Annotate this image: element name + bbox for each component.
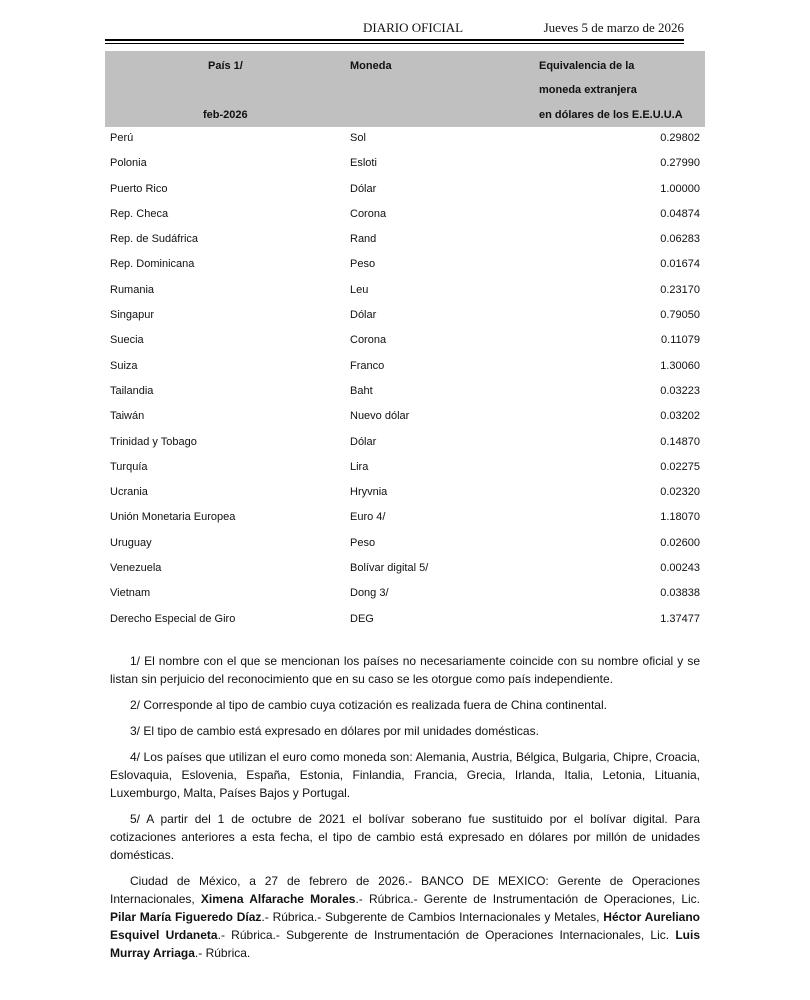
country-cell: Tailandia bbox=[110, 385, 153, 397]
header-rule-thick bbox=[105, 39, 684, 41]
country-cell: Turquía bbox=[110, 461, 148, 473]
table-row: UruguayPeso0.02600 bbox=[105, 532, 700, 557]
header-country: País 1/ bbox=[208, 60, 243, 72]
publication-date: Jueves 5 de marzo de 2026 bbox=[544, 20, 684, 36]
value-cell: 0.04874 bbox=[660, 208, 700, 220]
currency-cell: Esloti bbox=[350, 157, 377, 169]
table-row: Trinidad y TobagoDólar0.14870 bbox=[105, 431, 700, 456]
value-cell: 0.00243 bbox=[660, 562, 700, 574]
table-header: País 1/ feb-2026 Moneda Equivalencia de … bbox=[105, 51, 705, 127]
table-row: Puerto RicoDólar1.00000 bbox=[105, 178, 700, 203]
table-row: Derecho Especial de GiroDEG1.37477 bbox=[105, 608, 700, 633]
header-equivalence: moneda extranjera bbox=[539, 84, 637, 96]
value-cell: 0.02600 bbox=[660, 537, 700, 549]
currency-cell: Leu bbox=[350, 284, 368, 296]
table-row: SueciaCorona0.11079 bbox=[105, 329, 700, 354]
currency-cell: Baht bbox=[350, 385, 373, 397]
footnote-2: 2/ Corresponde al tipo de cambio cuya co… bbox=[110, 696, 700, 714]
currency-cell: Dólar bbox=[350, 309, 376, 321]
table-row: VietnamDong 3/0.03838 bbox=[105, 582, 700, 607]
country-cell: Suiza bbox=[110, 360, 138, 372]
header-rule-thin bbox=[105, 43, 684, 44]
table-row: TurquíaLira0.02275 bbox=[105, 456, 700, 481]
currency-cell: Franco bbox=[350, 360, 384, 372]
header-equivalence: en dólares de los E.E.U.U.A bbox=[539, 109, 683, 121]
country-cell: Vietnam bbox=[110, 587, 150, 599]
value-cell: 0.01674 bbox=[660, 258, 700, 270]
value-cell: 0.06283 bbox=[660, 233, 700, 245]
currency-cell: Rand bbox=[350, 233, 376, 245]
value-cell: 0.29802 bbox=[660, 132, 700, 144]
currency-cell: Hryvnia bbox=[350, 486, 387, 498]
signatory-name: Ximena Alfarache Morales bbox=[201, 892, 356, 906]
country-cell: Perú bbox=[110, 132, 133, 144]
currency-cell: Dólar bbox=[350, 183, 376, 195]
header-equivalence: Equivalencia de la bbox=[539, 60, 634, 72]
value-cell: 0.03202 bbox=[660, 410, 700, 422]
value-cell: 0.23170 bbox=[660, 284, 700, 296]
country-cell: Uruguay bbox=[110, 537, 152, 549]
signatory-name: Pilar María Figueredo Díaz bbox=[110, 910, 261, 924]
table-row: TailandiaBaht0.03223 bbox=[105, 380, 700, 405]
value-cell: 0.02320 bbox=[660, 486, 700, 498]
country-cell: Derecho Especial de Giro bbox=[110, 613, 235, 625]
country-cell: Puerto Rico bbox=[110, 183, 167, 195]
country-cell: Rep. Dominicana bbox=[110, 258, 194, 270]
value-cell: 0.79050 bbox=[660, 309, 700, 321]
currency-cell: Bolívar digital 5/ bbox=[350, 562, 428, 574]
value-cell: 1.00000 bbox=[660, 183, 700, 195]
header-period: feb-2026 bbox=[203, 109, 248, 121]
footnote-3: 3/ El tipo de cambio está expresado en d… bbox=[110, 722, 700, 740]
value-cell: 0.14870 bbox=[660, 436, 700, 448]
country-cell: Rumania bbox=[110, 284, 154, 296]
table-row: Unión Monetaria EuropeaEuro 4/1.18070 bbox=[105, 506, 700, 531]
table-row: VenezuelaBolívar digital 5/0.00243 bbox=[105, 557, 700, 582]
currency-cell: Dong 3/ bbox=[350, 587, 389, 599]
exchange-rate-table: PerúSol0.29802PoloniaEsloti0.27990Puerto… bbox=[105, 127, 700, 633]
table-row: UcraniaHryvnia0.02320 bbox=[105, 481, 700, 506]
value-cell: 0.03838 bbox=[660, 587, 700, 599]
value-cell: 1.30060 bbox=[660, 360, 700, 372]
value-cell: 0.27990 bbox=[660, 157, 700, 169]
country-cell: Trinidad y Tobago bbox=[110, 436, 197, 448]
currency-cell: Peso bbox=[350, 537, 375, 549]
currency-cell: DEG bbox=[350, 613, 374, 625]
country-cell: Ucrania bbox=[110, 486, 148, 498]
table-row: TaiwánNuevo dólar0.03202 bbox=[105, 405, 700, 430]
table-row: PerúSol0.29802 bbox=[105, 127, 700, 152]
currency-cell: Nuevo dólar bbox=[350, 410, 409, 422]
table-row: Rep. ChecaCorona0.04874 bbox=[105, 203, 700, 228]
country-cell: Rep. de Sudáfrica bbox=[110, 233, 198, 245]
country-cell: Singapur bbox=[110, 309, 154, 321]
value-cell: 1.37477 bbox=[660, 613, 700, 625]
footnote-4: 4/ Los países que utilizan el euro como … bbox=[110, 748, 700, 802]
currency-cell: Lira bbox=[350, 461, 368, 473]
table-row: Rep. de SudáfricaRand0.06283 bbox=[105, 228, 700, 253]
currency-cell: Euro 4/ bbox=[350, 511, 385, 523]
value-cell: 0.11079 bbox=[661, 334, 700, 346]
footnotes: 1/ El nombre con el que se mencionan los… bbox=[110, 652, 700, 970]
currency-cell: Corona bbox=[350, 208, 386, 220]
country-cell: Suecia bbox=[110, 334, 144, 346]
table-row: PoloniaEsloti0.27990 bbox=[105, 152, 700, 177]
country-cell: Rep. Checa bbox=[110, 208, 168, 220]
currency-cell: Corona bbox=[350, 334, 386, 346]
table-row: RumaniaLeu0.23170 bbox=[105, 279, 700, 304]
value-cell: 0.02275 bbox=[660, 461, 700, 473]
value-cell: 1.18070 bbox=[660, 511, 700, 523]
country-cell: Taiwán bbox=[110, 410, 144, 422]
table-row: Rep. DominicanaPeso0.01674 bbox=[105, 253, 700, 278]
signature-block: Ciudad de México, a 27 de febrero de 202… bbox=[110, 872, 700, 962]
footnote-1: 1/ El nombre con el que se mencionan los… bbox=[110, 652, 700, 688]
footnote-5: 5/ A partir del 1 de octubre de 2021 el … bbox=[110, 810, 700, 864]
country-cell: Venezuela bbox=[110, 562, 161, 574]
value-cell: 0.03223 bbox=[660, 385, 700, 397]
country-cell: Polonia bbox=[110, 157, 147, 169]
table-row: SingapurDólar0.79050 bbox=[105, 304, 700, 329]
currency-cell: Dólar bbox=[350, 436, 376, 448]
currency-cell: Sol bbox=[350, 132, 366, 144]
publication-name: DIARIO OFICIAL bbox=[363, 20, 463, 36]
table-row: SuizaFranco1.30060 bbox=[105, 355, 700, 380]
country-cell: Unión Monetaria Europea bbox=[110, 511, 235, 523]
header-currency: Moneda bbox=[350, 60, 392, 72]
currency-cell: Peso bbox=[350, 258, 375, 270]
